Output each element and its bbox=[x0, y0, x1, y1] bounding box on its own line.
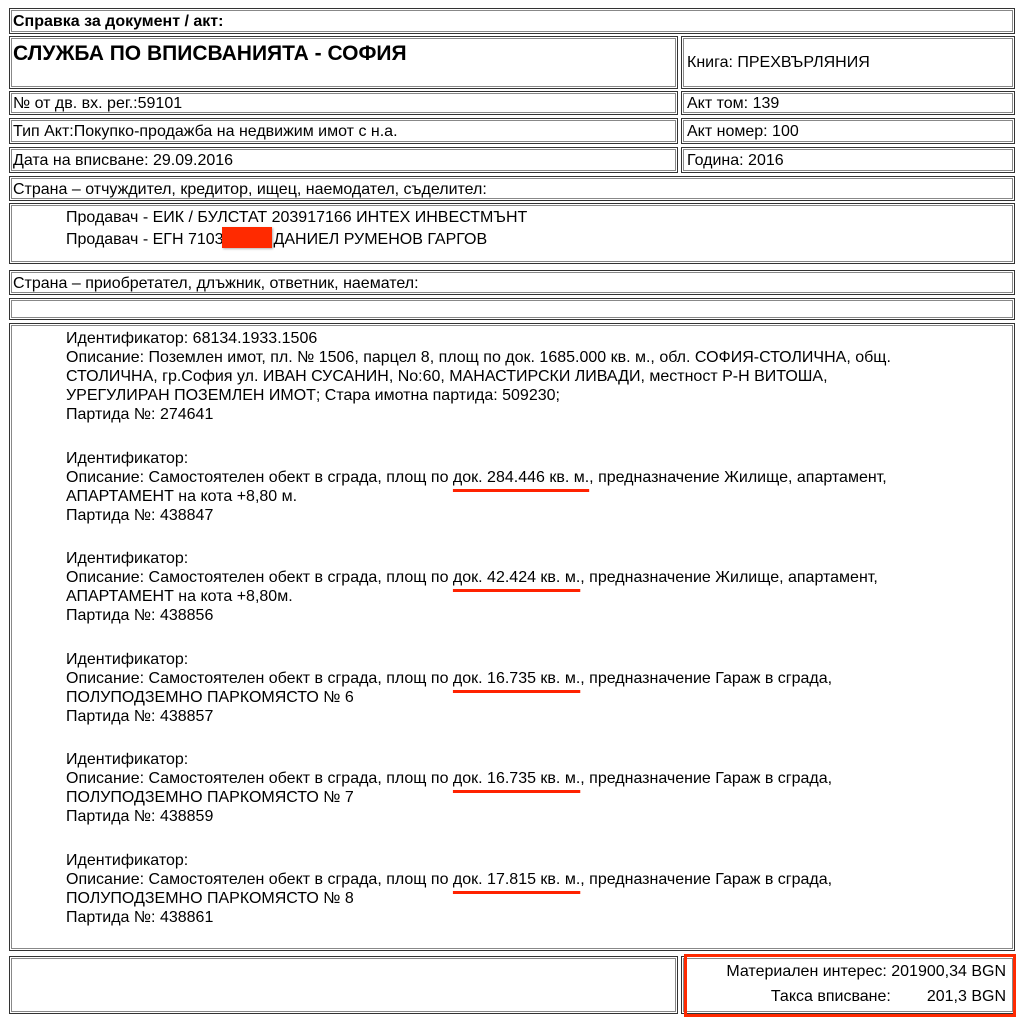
redaction-mark bbox=[222, 227, 272, 248]
property-description: Описание: Самостоятелен обект в сграда, … bbox=[66, 568, 878, 587]
property-identifier: Идентификатор: bbox=[66, 650, 832, 669]
seller-party-label: Страна – отчуждител, кредитор, ищец, нае… bbox=[13, 180, 487, 199]
description-text: , предназначение Гараж в сграда, bbox=[580, 670, 832, 687]
act-number: Акт номер: 100 bbox=[687, 122, 799, 141]
description-text: , предназначение Жилище, апартамент, bbox=[589, 469, 887, 486]
description-text: Описание: Самостоятелен обект в сграда, … bbox=[66, 469, 453, 486]
area-highlight: док. 16.735 кв. м. bbox=[453, 770, 580, 787]
property-partida: Партида №: 438856 bbox=[66, 606, 878, 625]
seller-party-label-box: Страна – отчуждител, кредитор, ищец, нае… bbox=[9, 176, 1015, 201]
fees-highlight-annotation bbox=[684, 954, 1016, 1017]
property-item: Идентификатор: Описание: Самостоятелен о… bbox=[66, 549, 878, 625]
property-description: Описание: Самостоятелен обект в сграда, … bbox=[66, 468, 887, 487]
property-identifier: Идентификатор: bbox=[66, 851, 832, 870]
property-description-line: СТОЛИЧНА, гр.София ул. ИВАН СУСАНИН, No:… bbox=[66, 367, 891, 386]
description-text: Описание: Самостоятелен обект в сграда, … bbox=[66, 871, 453, 888]
description-text: , предназначение Гараж в сграда, bbox=[580, 770, 832, 787]
header-label-box: Справка за документ / акт: bbox=[9, 8, 1015, 34]
entry-date-box: Дата на вписване: 29.09.2016 bbox=[9, 147, 678, 173]
property-identifier: Идентификатор: 68134.1933.1506 bbox=[66, 329, 891, 348]
property-description-line: ПОЛУПОДЗЕМНО ПАРКОМЯСТО № 8 bbox=[66, 889, 832, 908]
description-text: Описание: Самостоятелен обект в сграда, … bbox=[66, 670, 453, 687]
seller-company: Продавач - ЕИК / БУЛСТАТ 203917166 ИНТЕХ… bbox=[66, 209, 527, 226]
property-description: Описание: Самостоятелен обект в сграда, … bbox=[66, 669, 832, 688]
year-box: Година: 2016 bbox=[681, 147, 1015, 173]
seller-entry: Продавач - ЕГН 7103ДАНИЕЛ РУМЕНОВ ГАРГОВ bbox=[66, 227, 527, 249]
property-description-line: УРЕГУЛИРАН ПОЗЕМЛЕН ИМОТ; Стара имотна п… bbox=[66, 386, 891, 405]
seller-person-prefix: Продавач - ЕГН 7103 bbox=[66, 231, 224, 248]
bottom-empty-box bbox=[9, 956, 678, 1014]
area-highlight: док. 284.446 кв. м. bbox=[453, 469, 589, 486]
sellers-box: Продавач - ЕИК / БУЛСТАТ 203917166 ИНТЕХ… bbox=[9, 203, 1015, 264]
year: Година: 2016 bbox=[687, 151, 784, 170]
reg-number-box: № от дв. вх. рег.:59101 bbox=[9, 91, 678, 115]
property-partida: Партида №: 274641 bbox=[66, 405, 891, 424]
reg-number: № от дв. вх. рег.:59101 bbox=[13, 94, 182, 113]
property-description: Описание: Самостоятелен обект в сграда, … bbox=[66, 769, 832, 788]
properties-box: Идентификатор: 68134.1933.1506 Описание:… bbox=[9, 323, 1015, 951]
area-highlight: док. 17.815 кв. м. bbox=[453, 871, 580, 888]
description-text: Описание: Самостоятелен обект в сграда, … bbox=[66, 569, 453, 586]
act-type: Тип Акт:Покупко-продажба на недвижим имо… bbox=[13, 122, 398, 141]
property-description: Описание: Самостоятелен обект в сграда, … bbox=[66, 870, 832, 889]
property-item: Идентификатор: Описание: Самостоятелен о… bbox=[66, 851, 832, 927]
property-description-line: ПОЛУПОДЗЕМНО ПАРКОМЯСТО № 7 bbox=[66, 788, 832, 807]
property-item: Идентификатор: 68134.1933.1506 Описание:… bbox=[66, 329, 891, 424]
sellers-list: Продавач - ЕИК / БУЛСТАТ 203917166 ИНТЕХ… bbox=[66, 208, 527, 249]
act-volume-box: Акт том: 139 bbox=[681, 91, 1015, 115]
book-label: Книга: ПРЕХВЪРЛЯНИЯ bbox=[687, 53, 870, 72]
description-text: , предназначение Жилище, апартамент, bbox=[580, 569, 878, 586]
office-title-box: СЛУЖБА ПО ВПИСВАНИЯТА - СОФИЯ bbox=[9, 36, 678, 89]
description-text: Описание: Самостоятелен обект в сграда, … bbox=[66, 770, 453, 787]
property-partida: Партида №: 438861 bbox=[66, 908, 832, 927]
property-description-line: ПОЛУПОДЗЕМНО ПАРКОМЯСТО № 6 bbox=[66, 688, 832, 707]
buyer-party-label-box: Страна – приобретател, длъжник, ответник… bbox=[9, 270, 1015, 295]
area-highlight: док. 42.424 кв. м. bbox=[453, 569, 580, 586]
property-item: Идентификатор: Описание: Самостоятелен о… bbox=[66, 750, 832, 826]
description-text: , предназначение Гараж в сграда, bbox=[580, 871, 832, 888]
buyers-box bbox=[9, 298, 1015, 320]
property-partida: Партида №: 438859 bbox=[66, 807, 832, 826]
property-identifier: Идентификатор: bbox=[66, 549, 878, 568]
area-highlight: док. 16.735 кв. м. bbox=[453, 670, 580, 687]
entry-date: Дата на вписване: 29.09.2016 bbox=[13, 151, 233, 170]
property-item: Идентификатор: Описание: Самостоятелен о… bbox=[66, 449, 887, 525]
act-number-box: Акт номер: 100 bbox=[681, 118, 1015, 144]
property-partida: Партида №: 438847 bbox=[66, 506, 887, 525]
property-description-line: АПАРТАМЕНТ на кота +8,80 м. bbox=[66, 487, 887, 506]
header-label: Справка за документ / акт: bbox=[13, 12, 223, 31]
act-type-box: Тип Акт:Покупко-продажба на недвижим имо… bbox=[9, 118, 678, 144]
seller-entry: Продавач - ЕИК / БУЛСТАТ 203917166 ИНТЕХ… bbox=[66, 208, 527, 227]
property-item: Идентификатор: Описание: Самостоятелен о… bbox=[66, 650, 832, 726]
act-volume: Акт том: 139 bbox=[687, 94, 779, 113]
property-identifier: Идентификатор: bbox=[66, 750, 832, 769]
book-box: Книга: ПРЕХВЪРЛЯНИЯ bbox=[681, 36, 1015, 89]
property-description-line: АПАРТАМЕНТ на кота +8,80м. bbox=[66, 587, 878, 606]
property-partida: Партида №: 438857 bbox=[66, 707, 832, 726]
property-identifier: Идентификатор: bbox=[66, 449, 887, 468]
office-title: СЛУЖБА ПО ВПИСВАНИЯТА - СОФИЯ bbox=[13, 42, 407, 66]
buyer-party-label: Страна – приобретател, длъжник, ответник… bbox=[13, 274, 419, 293]
seller-person-name: ДАНИЕЛ РУМЕНОВ ГАРГОВ bbox=[274, 231, 488, 248]
property-description-line: Описание: Поземлен имот, пл. № 1506, пар… bbox=[66, 348, 891, 367]
